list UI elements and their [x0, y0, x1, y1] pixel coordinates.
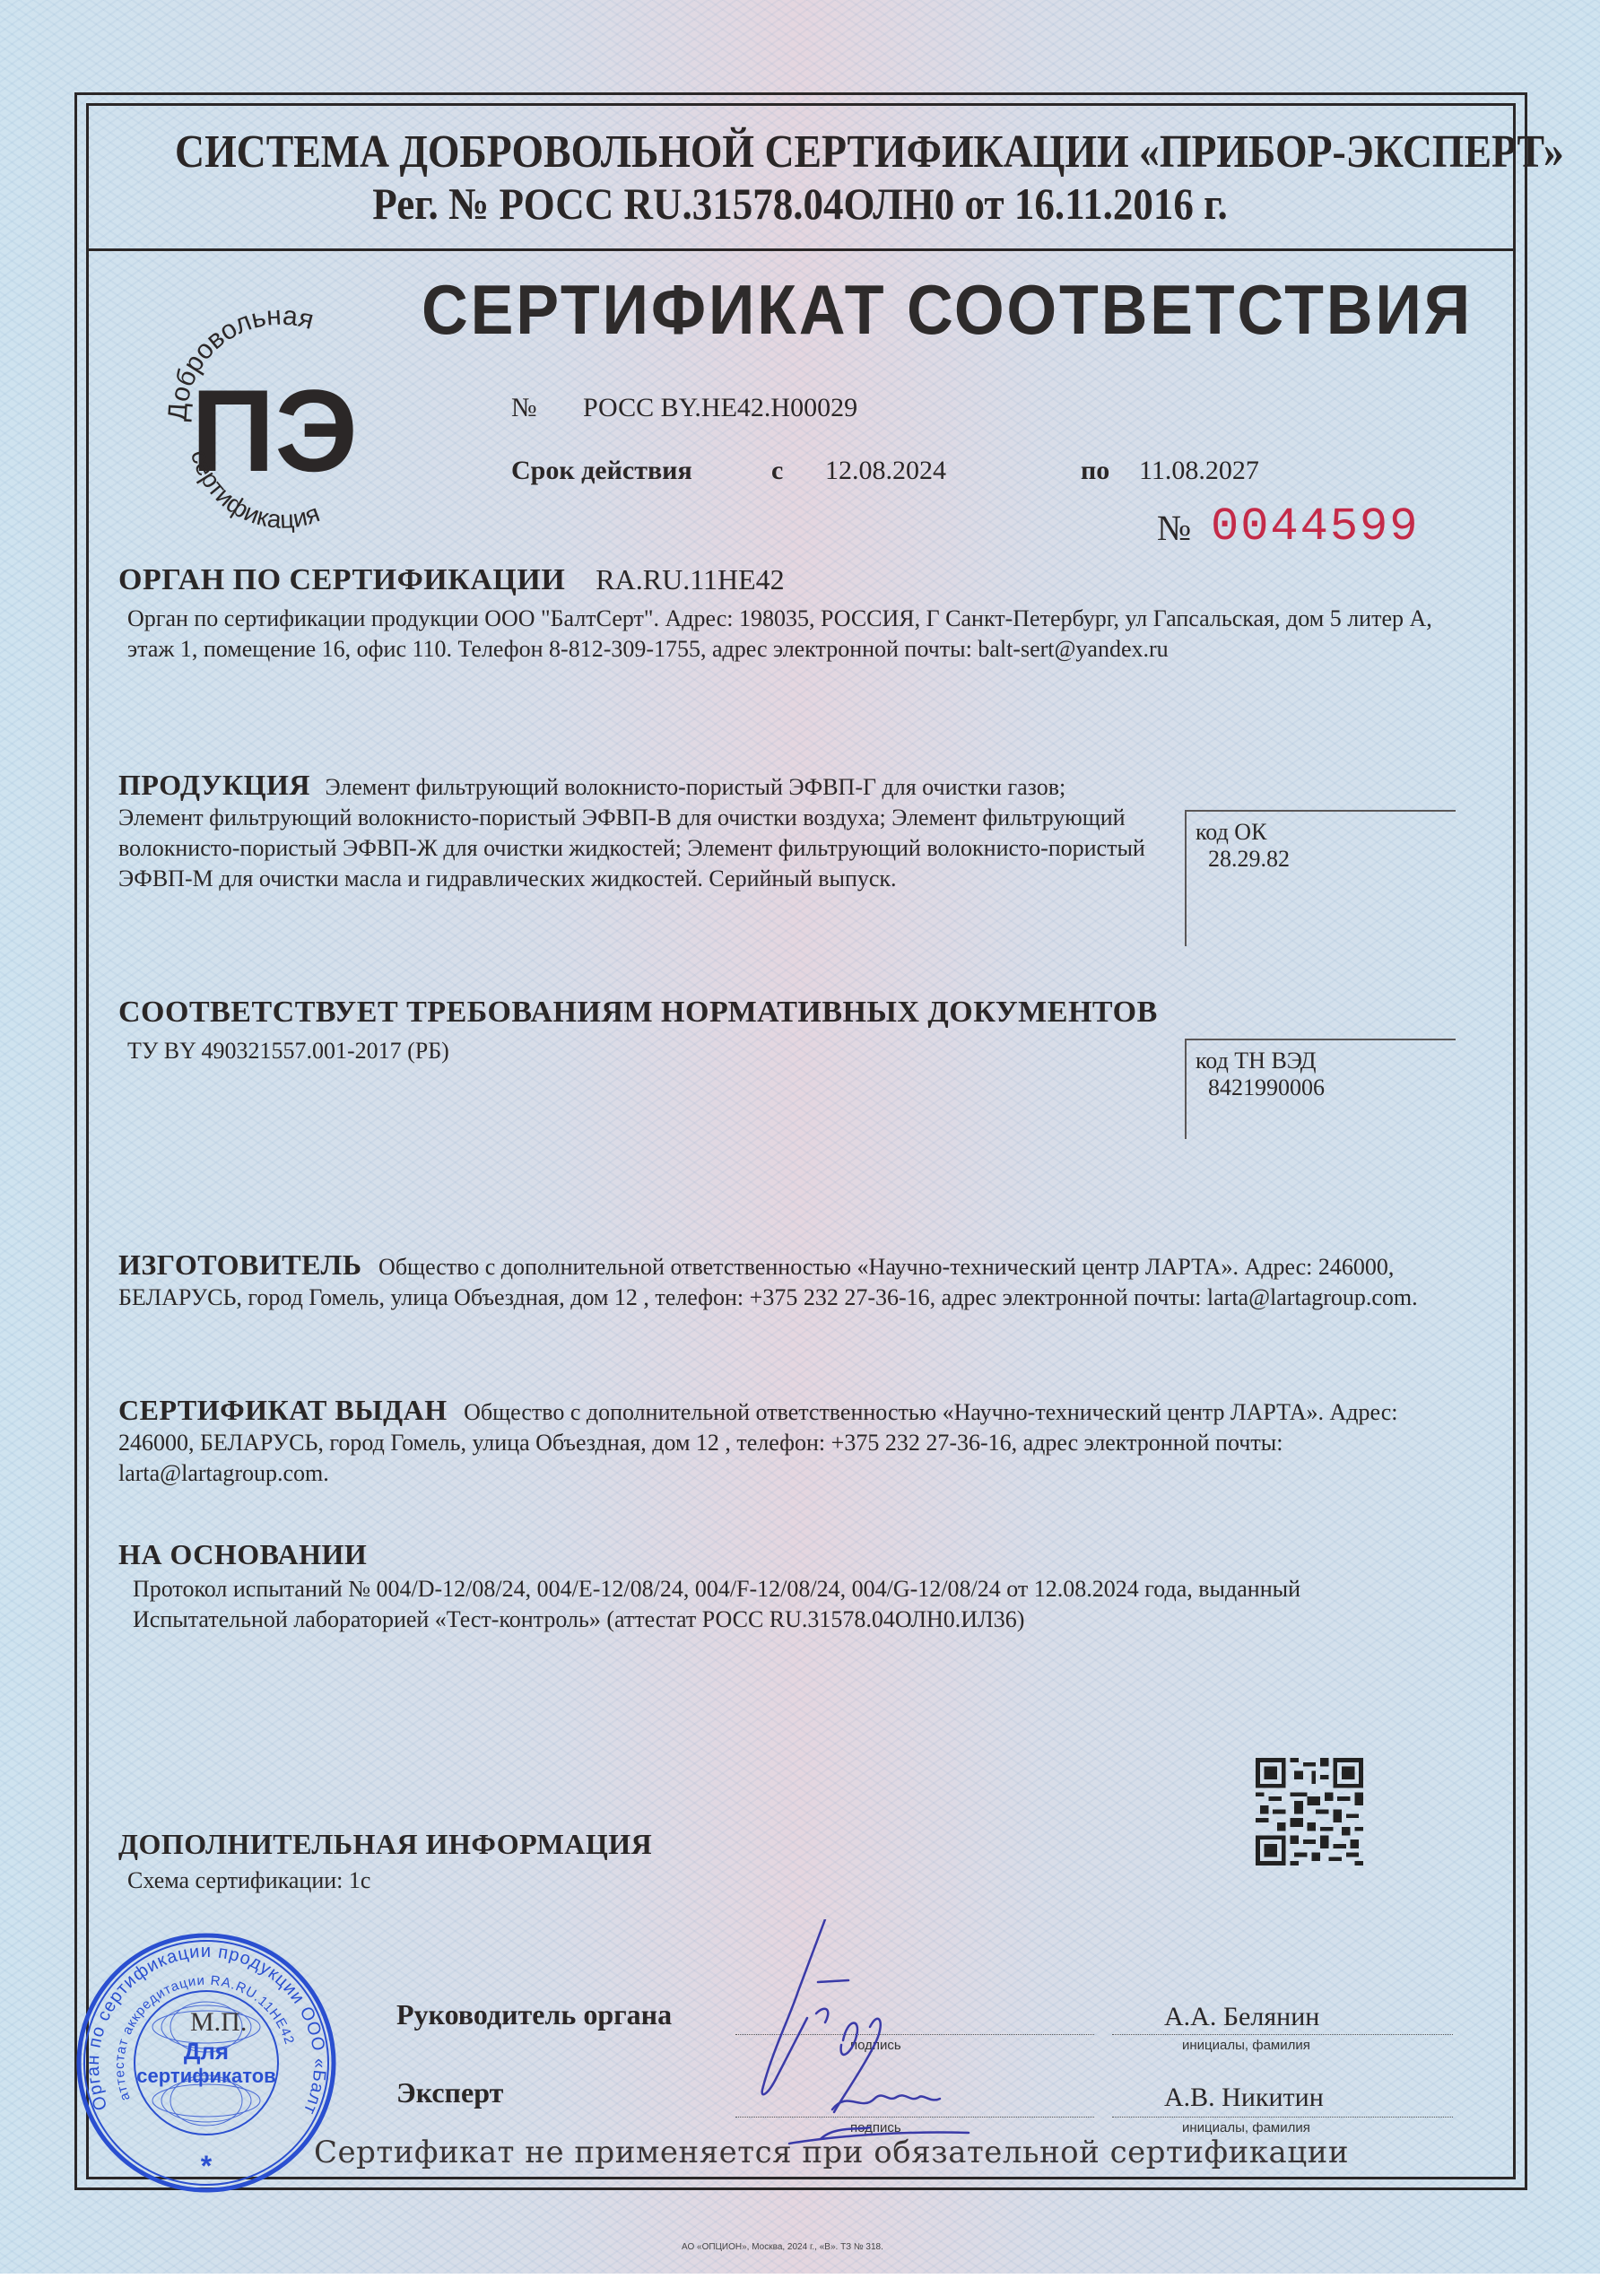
valid-from-label: с [771, 456, 783, 486]
expert-role-label: Эксперт [396, 2076, 503, 2109]
qr-code-icon[interactable] [1256, 1758, 1363, 1865]
basis-text: Протокол испытаний № 004/D-12/08/24, 004… [133, 1574, 1388, 1635]
expert-name: А.В. Никитин [1164, 2083, 1324, 2113]
certificate-title: СЕРТИФИКАТ СООТВЕТСТВИЯ [422, 269, 1473, 351]
head-name: А.А. Белянин [1164, 2002, 1319, 2032]
head-name-line [1112, 2034, 1453, 2035]
manufacturer-section: ИЗГОТОВИТЕЛЬ Общество с дополнительной о… [118, 1249, 1482, 1313]
serial-number-label: № [1157, 507, 1191, 549]
tnved-code-label: код ТН ВЭД [1187, 1040, 1456, 1074]
system-title: СИСТЕМА ДОБРОВОЛЬНОЙ СЕРТИФИКАЦИИ «ПРИБО… [175, 126, 1425, 178]
footer-note: Сертификат не применяется при обязательн… [314, 2135, 1349, 2170]
product-section: ПРОДУКЦИЯ Элемент фильтрующий волокнисто… [118, 770, 1150, 894]
conformity-text: ТУ BY 490321557.001-2017 (РБ) [127, 1036, 449, 1066]
issued-to-section: СЕРТИФИКАТ ВЫДАН Общество с дополнительн… [118, 1395, 1437, 1489]
additional-heading: ДОПОЛНИТЕЛЬНАЯ ИНФОРМАЦИЯ [118, 1828, 652, 1861]
issued-to-heading: СЕРТИФИКАТ ВЫДАН [118, 1394, 448, 1426]
certificate-number-label: № [511, 393, 537, 423]
expert-name-line [1112, 2117, 1453, 2118]
validity-label: Срок действия [511, 456, 692, 486]
product-heading: ПРОДУКЦИЯ [118, 769, 310, 801]
valid-to-label: по [1081, 456, 1109, 486]
serial-number: 0044599 [1211, 500, 1419, 553]
certification-body-text: Орган по сертификации продукции ООО "Бал… [127, 604, 1473, 665]
handwritten-signatures-icon [735, 1919, 1022, 2152]
valid-to-date: 11.08.2027 [1139, 456, 1259, 486]
stamp-center-line2: сертификатов [136, 2065, 275, 2087]
pe-logo-icon: Добровольная ПЭ сертификация [160, 287, 393, 538]
valid-from-date: 12.08.2024 [825, 456, 946, 486]
system-registration: Рег. № РОСС RU.31578.04ОЛН0 от 16.11.201… [161, 178, 1439, 230]
manufacturer-heading: ИЗГОТОВИТЕЛЬ [118, 1248, 362, 1281]
printer-imprint: АО «ОПЦИОН», Москва, 2024 г., «В». ТЗ № … [682, 2242, 883, 2252]
additional-text: Схема сертификации: 1с [127, 1865, 370, 1896]
head-role-label: Руководитель органа [396, 1998, 672, 2031]
expert-name-caption: инициалы, фамилия [1182, 2120, 1310, 2135]
certification-body-section: ОРГАН ПО СЕРТИФИКАЦИИ RA.RU.11НЕ42 [118, 563, 785, 597]
header-separator [86, 248, 1513, 251]
stamp-star-icon: * [201, 2150, 213, 2182]
tnved-code-value: 8421990006 [1187, 1074, 1456, 1101]
basis-heading: НА ОСНОВАНИИ [118, 1538, 367, 1571]
certification-body-code: RA.RU.11НЕ42 [596, 563, 784, 596]
ok-code-box: код ОК 28.29.82 [1185, 810, 1456, 946]
stamp-center-line1: Для [184, 2038, 229, 2065]
conformity-heading: СООТВЕТСТВУЕТ ТРЕБОВАНИЯМ НОРМАТИВНЫХ ДО… [118, 996, 1158, 1030]
mp-label: М.П. [190, 2007, 247, 2038]
ok-code-label: код ОК [1187, 812, 1456, 846]
tnved-code-box: код ТН ВЭД 8421990006 [1185, 1039, 1456, 1139]
official-stamp-icon: Орган по сертификации продукции ООО «Бал… [72, 1928, 341, 2197]
certificate-number: РОСС BY.НЕ42.Н00029 [583, 393, 857, 423]
certification-body-heading: ОРГАН ПО СЕРТИФИКАЦИИ [118, 563, 565, 596]
ok-code-value: 28.29.82 [1187, 846, 1456, 873]
head-name-caption: инициалы, фамилия [1182, 2038, 1310, 2053]
